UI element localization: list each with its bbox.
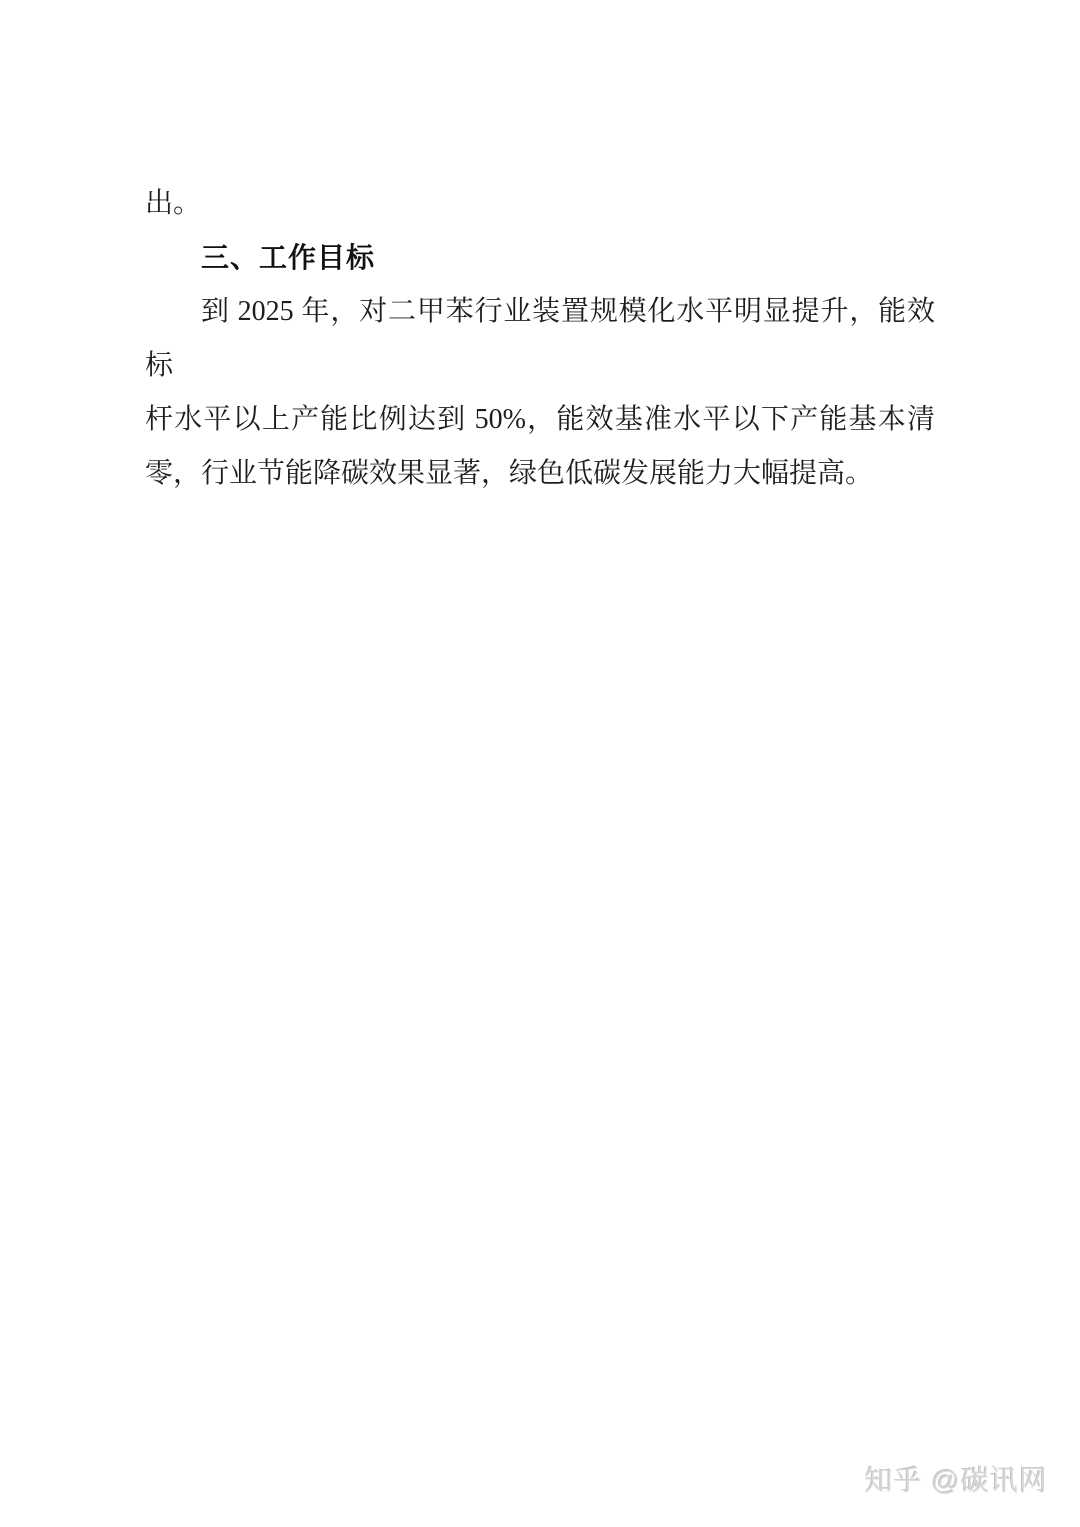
previous-paragraph-end-line: 出。 xyxy=(145,177,935,231)
zhihu-watermark: 知乎 @碳讯网 xyxy=(865,1462,1048,1500)
section-heading: 三、工作目标 xyxy=(145,231,935,285)
body-text-line-2: 杆水平以上产能比例达到 50%，能效基准水平以下产能基本清 xyxy=(145,393,935,447)
document-content: 出。 三、工作目标 到 2025 年，对二甲苯行业装置规模化水平明显提升，能效标… xyxy=(145,177,935,501)
document-page: 出。 三、工作目标 到 2025 年，对二甲苯行业装置规模化水平明显提升，能效标… xyxy=(0,0,1080,1527)
body-text-line-3: 零，行业节能降碳效果显著，绿色低碳发展能力大幅提高。 xyxy=(145,447,935,501)
body-text-line-1: 到 2025 年，对二甲苯行业装置规模化水平明显提升，能效标 xyxy=(145,285,935,393)
